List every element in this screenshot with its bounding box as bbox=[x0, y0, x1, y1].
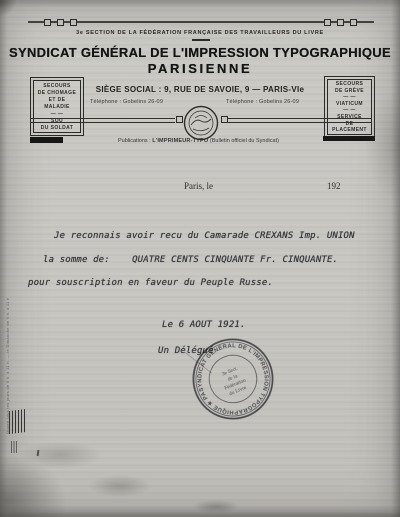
pen-tick-mark bbox=[37, 450, 39, 456]
heavy-rule-right bbox=[323, 136, 375, 141]
right-box-line: PLACEMENT bbox=[328, 127, 371, 134]
section-underline-ornament bbox=[192, 39, 210, 41]
ornament-square bbox=[221, 116, 228, 123]
ornament-square bbox=[337, 19, 344, 26]
left-box-line: MALADIE bbox=[34, 104, 80, 111]
publications-suffix: (Bulletin officiel du Syndicat) bbox=[208, 138, 279, 144]
federation-section-line: 3e SECTION DE LA FÉDÉRATION FRANÇAISE DE… bbox=[0, 30, 400, 36]
left-box-line: DU SOLDAT bbox=[34, 125, 80, 132]
year-prefix: 192 bbox=[327, 181, 341, 191]
place-date-label: Paris, le bbox=[184, 181, 213, 191]
ornament-square bbox=[70, 19, 77, 26]
ornament-square bbox=[176, 116, 183, 123]
telephone-right: Téléphone : Gobelins 26-09 bbox=[226, 99, 299, 105]
scanned-document: 3e SECTION DE LA FÉDÉRATION FRANÇAISE DE… bbox=[0, 0, 400, 517]
publications-prefix: Publications : bbox=[118, 138, 152, 144]
right-box-line: DE GRÈVE bbox=[328, 88, 371, 95]
right-box-line: VIATICUM bbox=[328, 101, 371, 108]
right-benefits-box: SECOURS DE GRÈVE — — VIATICUM — — SERVIC… bbox=[327, 79, 372, 135]
union-emblem-seal bbox=[183, 105, 219, 141]
publications-title: L'IMPRIMEUR-TYPO bbox=[152, 138, 208, 144]
receipt-line-3: pour souscription en faveur du Peuple Ru… bbox=[28, 278, 273, 288]
receipt-line-1: Je reconnais avoir recu du Camarade CREX… bbox=[54, 231, 355, 241]
left-box-line: ET DE bbox=[34, 97, 80, 104]
left-benefits-box: SECOURS DE CHOMAGE ET DE MALADIE — — SOU… bbox=[33, 80, 81, 133]
top-rule bbox=[28, 21, 374, 23]
siege-social-address: SIÈGE SOCIAL : 9, RUE DE SAVOIE, 9 — PAR… bbox=[86, 85, 314, 94]
striped-ink-mark bbox=[9, 409, 27, 434]
heavy-rule-left bbox=[30, 137, 63, 143]
divider-rule-left bbox=[30, 118, 175, 123]
telephone-left: Téléphone : Gobelins 26-09 bbox=[90, 99, 163, 105]
left-box-separator-ornament: — — bbox=[34, 111, 80, 118]
small-ink-mark bbox=[11, 441, 18, 453]
right-box-separator-ornament: — — bbox=[328, 94, 371, 101]
round-stamp: SYNDICAT GÉNÉRAL DE L'IMPRESSION TYPOGRA… bbox=[176, 322, 291, 437]
publications-line: Publications : L'IMPRIMEUR-TYPO (Bulleti… bbox=[118, 138, 279, 144]
left-box-line: DE CHOMAGE bbox=[34, 90, 80, 97]
ornament-square bbox=[44, 19, 51, 26]
ornament-square bbox=[350, 19, 357, 26]
ornament-square bbox=[324, 19, 331, 26]
right-box-separator-ornament: — — bbox=[328, 107, 371, 114]
ornament-square bbox=[57, 19, 64, 26]
receipt-line-2: la somme de: QUATRE CENTS CINQUANTE Fr. … bbox=[43, 255, 338, 265]
right-box-line: SECOURS bbox=[328, 81, 371, 88]
organization-title-line2: PARISIENNE bbox=[0, 61, 400, 76]
divider-rule-right bbox=[227, 118, 372, 123]
typed-date: Le 6 AOUT 1921. bbox=[162, 320, 246, 330]
left-box-line: SECOURS bbox=[34, 83, 80, 90]
organization-title-line1: SYNDICAT GÉNÉRAL DE L'IMPRESSION TYPOGRA… bbox=[0, 45, 400, 60]
